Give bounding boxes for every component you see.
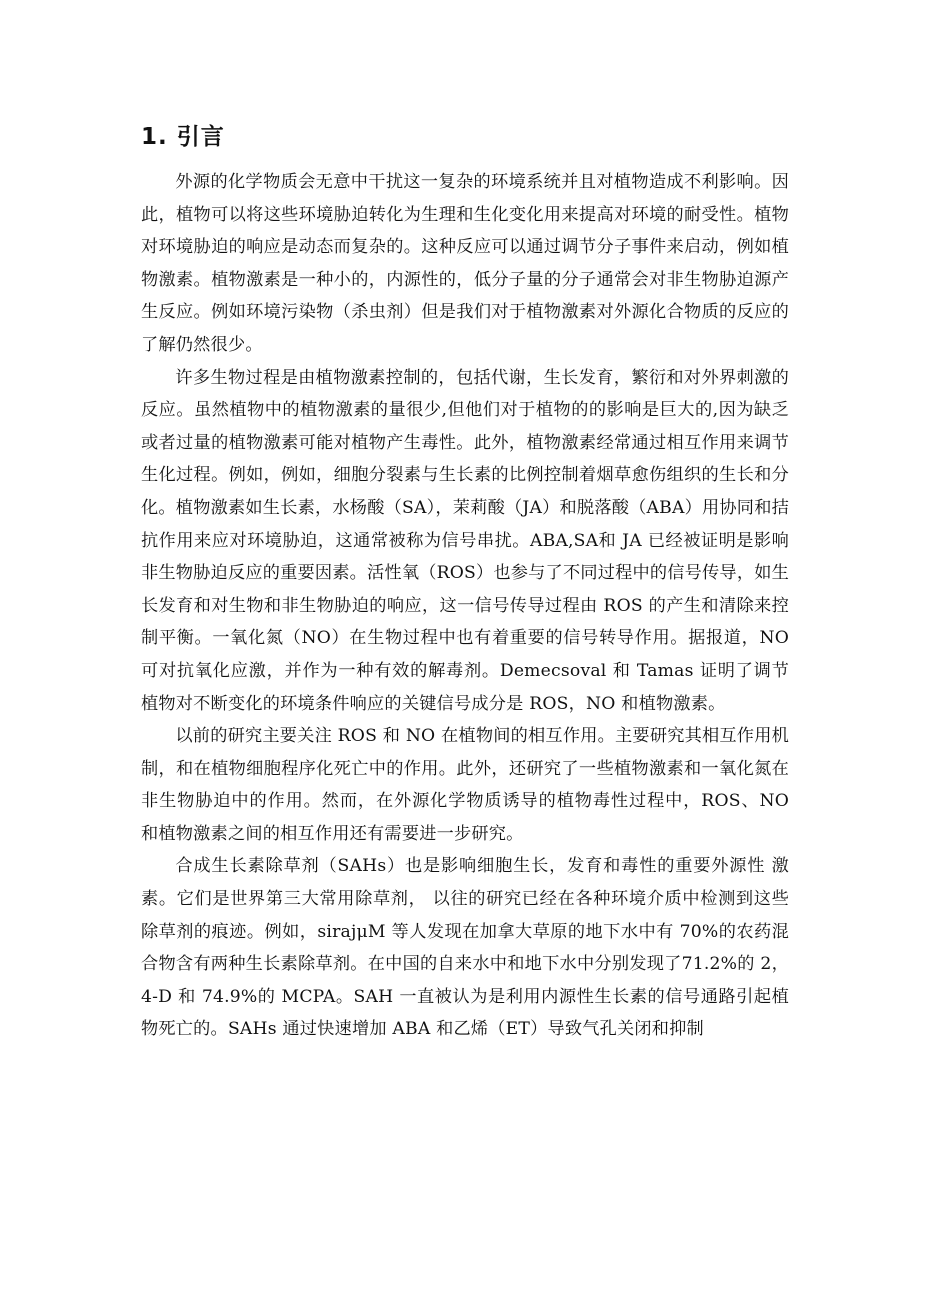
paragraph-1: 外源的化学物质会无意中干扰这一复杂的环境系统并且对植物造成不利影响。因此，植物可… (141, 166, 789, 362)
paragraph-2: 许多生物过程是由植物激素控制的，包括代谢，生长发育，繁衍和对外界刺激的反应。虽然… (141, 362, 789, 721)
document-page: 1. 引言 外源的化学物质会无意中干扰这一复杂的环境系统并且对植物造成不利影响。… (141, 118, 789, 1046)
section-heading: 1. 引言 (141, 118, 789, 156)
paragraph-3: 以前的研究主要关注 ROS 和 NO 在植物间的相互作用。主要研究其相互作用机制… (141, 720, 789, 850)
paragraph-4: 合成生长素除草剂（SAHs）也是影响细胞生长，发育和毒性的重要外源性 激素。它们… (141, 850, 789, 1046)
